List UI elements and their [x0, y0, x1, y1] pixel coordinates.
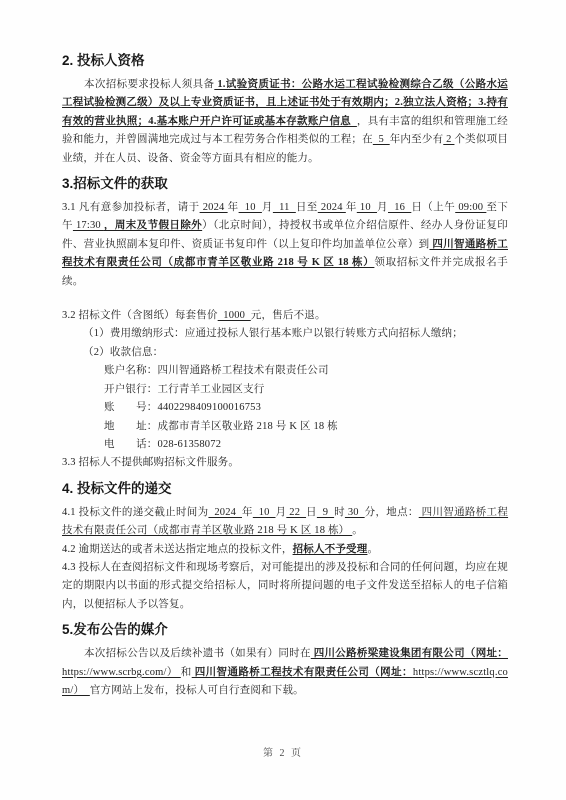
paragraph-bidder-qualification: 本次招标要求投标人须具备 1.试验资质证书：公路水运工程试验检测综合乙级（公路水… — [62, 76, 508, 168]
paragraph-payee-info-label: （2）收款信息： — [62, 344, 508, 362]
text-run: 日 — [306, 507, 317, 518]
text-run: 10 — [253, 507, 276, 518]
text-run: （2）收款信息： — [83, 347, 163, 358]
text-run: 4.2 逾期送达的或者未送达指定地点的投标文件， — [62, 544, 293, 555]
paragraph-payment-method: （1）费用缴纳形式：应通过投标人银行基本账户以银行转账方式向招标人缴纳； — [62, 325, 508, 343]
paragraph-4-3-questions: 4.3 投标人在查阅招标文件和现场考察后，对可能提出的涉及投标和合同的任何问题，… — [62, 559, 508, 614]
text-run: 本次招标要求投标人须具备 — [84, 79, 214, 90]
text-run: 官方网站上发布，投标人可自行查阅和下载。 — [90, 685, 304, 696]
text-run: 招标人不予受理 — [293, 544, 368, 555]
text-run: 月 — [276, 507, 287, 518]
account-number-line: 账 号：4402298409100016753 — [62, 399, 508, 417]
text-run: 。 — [367, 544, 378, 555]
text-run: 4.3 投标人在查阅招标文件和现场考察后，对可能提出的涉及投标和合同的任何问题，… — [62, 562, 508, 610]
section-heading-bidder-qualification: 2. 投标人资格 — [62, 52, 508, 70]
paragraph-5-announcement-media: 本次招标公告以及后续补遗书（如果有）同时在 四川公路桥梁建设集团有限公司（网址：… — [62, 645, 508, 700]
text-run: 元，售后不退。 — [251, 310, 326, 321]
account-name-line: 账户名称：四川智通路桥工程技术有限责任公司 — [62, 362, 508, 380]
text-run: 5 — [373, 134, 390, 145]
text-run: 电 话：028-61358072 — [104, 439, 221, 450]
text-run: 年 — [242, 507, 253, 518]
text-run: 3.2 招标文件（含图纸）每套售价 — [62, 310, 218, 321]
text-run: 日至 — [296, 202, 318, 213]
document-page: 2. 投标人资格 本次招标要求投标人须具备 1.试验资质证书：公路水运工程试验检… — [0, 0, 566, 800]
text-run: 月 — [262, 202, 273, 213]
text-run: 3.1 凡有意参加投标者，请于 — [62, 202, 200, 213]
text-run: 年 — [228, 202, 239, 213]
text-run: 四川智通路桥工程技术有限责任公司（网址： — [192, 667, 413, 678]
text-run: 9 — [317, 507, 334, 518]
paragraph-3-1-obtain-time-place: 3.1 凡有意参加投标者，请于 2024 年 10 月 11 日至 2024 年… — [62, 199, 508, 291]
text-run: 30 — [345, 507, 365, 518]
text-run: 4.1 投标文件的递交截止时间为 — [62, 507, 208, 518]
section-heading-bid-submission: 4. 投标文件的递交 — [62, 480, 508, 498]
text-run: 账 号：4402298409100016753 — [104, 402, 261, 413]
text-run: 和 — [181, 667, 192, 678]
text-run: 09:00 — [455, 202, 486, 213]
text-run: ，周末及节假日除外 — [104, 220, 202, 231]
address-line: 地 址：成都市青羊区敬业路 218 号 K 区 18 栋 — [62, 418, 508, 436]
text-run: 地 址：成都市青羊区敬业路 218 号 K 区 18 栋 — [104, 421, 338, 432]
text-run: 2 — [443, 134, 454, 145]
paragraph-3-3-no-mail-order: 3.3 招标人不提供邮购招标文件服务。 — [62, 454, 508, 472]
text-run: 10 — [357, 202, 377, 213]
text-run: 10 — [239, 202, 262, 213]
bank-name-line: 开户银行：工行青羊工业园区支行 — [62, 381, 508, 399]
page-number: 第 2 页 — [0, 744, 566, 759]
text-run: 17:30 — [73, 220, 104, 231]
text-run: 2024 — [318, 202, 346, 213]
text-run: 2024 — [208, 507, 242, 518]
phone-line: 电 话：028-61358072 — [62, 436, 508, 454]
text-run: 22 — [286, 507, 306, 518]
text-run: 分，地点： — [365, 507, 419, 518]
text-run: 2024 — [200, 202, 228, 213]
text-run: https://www.scrbg.com/） — [62, 667, 181, 678]
text-run: 11 — [273, 202, 296, 213]
section-heading-announcement-media: 5.发布公告的媒介 — [62, 621, 508, 639]
text-run: 时 — [334, 507, 345, 518]
text-run: 年 — [346, 202, 357, 213]
text-run: 16 — [388, 202, 411, 213]
text-run: 日（上午 — [411, 202, 455, 213]
paragraph-3-2-document-price: 3.2 招标文件（含图纸）每套售价 1000 元，售后不退。 — [62, 307, 508, 325]
paragraph-4-2-late-rejection: 4.2 逾期送达的或者未送达指定地点的投标文件，招标人不予受理。 — [62, 541, 508, 559]
text-run: （1）费用缴纳形式：应通过投标人银行基本账户以银行转账方式向招标人缴纳； — [83, 328, 463, 339]
text-run: 3.3 招标人不提供邮购招标文件服务。 — [62, 457, 239, 468]
text-run: 本次招标公告以及后续补遗书（如果有）同时在 — [84, 648, 311, 659]
text-run: 1000 — [218, 310, 251, 321]
page-content: 2. 投标人资格 本次招标要求投标人须具备 1.试验资质证书：公路水运工程试验检… — [62, 52, 508, 700]
text-run: 四川公路桥梁建设集团有限公司（网址： — [311, 648, 508, 659]
text-run: 账户名称：四川智通路桥工程技术有限责任公司 — [104, 365, 329, 376]
text-run: 月 — [377, 202, 388, 213]
text-run: 年内至少有 — [390, 134, 444, 145]
section-heading-obtain-documents: 3.招标文件的获取 — [62, 175, 508, 193]
text-run: 。 — [352, 525, 363, 536]
text-run: 开户银行：工行青羊工业园区支行 — [104, 384, 265, 395]
paragraph-4-1-deadline: 4.1 投标文件的递交截止时间为 2024 年 10 月 22 日 9 时 30… — [62, 504, 508, 541]
